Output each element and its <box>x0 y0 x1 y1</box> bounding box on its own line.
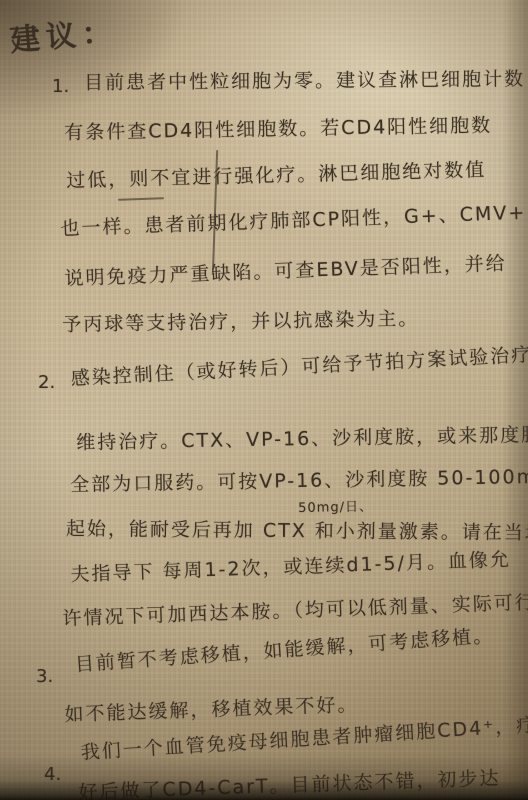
item-number: 1. <box>52 76 69 97</box>
inline-insertion: 50mg/日、 <box>298 496 373 516</box>
item-number: 2. <box>38 372 55 393</box>
item-number: 3. <box>36 666 53 687</box>
handwritten-line: 目前患者中性粒细胞为零。建议查淋巴细胞计数 <box>84 64 525 95</box>
right-edge-shadow <box>502 0 528 800</box>
doc-title: 建议： <box>8 7 119 60</box>
bottom-shadow <box>0 754 528 800</box>
handwritten-line: 起始，能耐受后再加 CTX 和小剂量激素。请在当地大 <box>66 514 528 545</box>
document-photo: 建议： 1. 目前患者中性粒细胞为零。建议查淋巴细胞计数 有条件查CD4阳性细胞… <box>0 0 528 800</box>
